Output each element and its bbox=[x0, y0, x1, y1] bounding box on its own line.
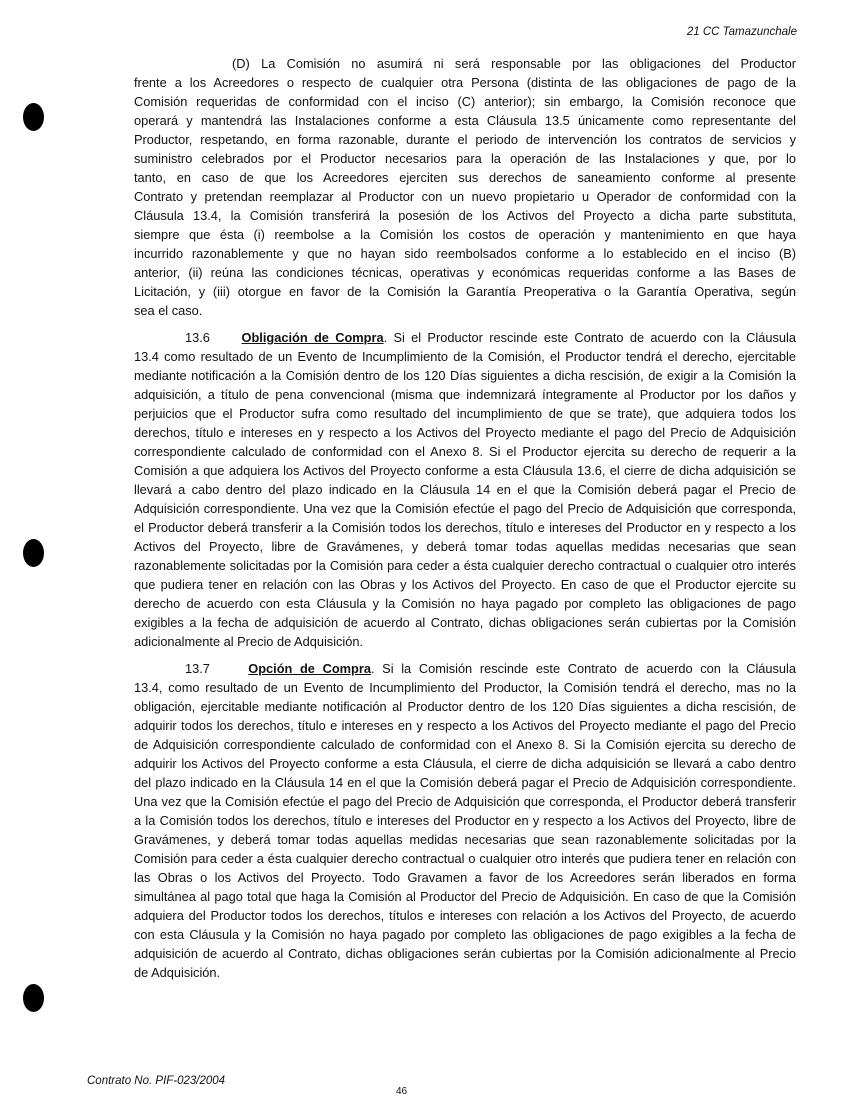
section-number: 13.6 bbox=[185, 330, 210, 345]
section-title: Opción de Compra bbox=[248, 661, 371, 676]
text-span: . Si la Comisión rescinde este Contrato … bbox=[371, 661, 796, 676]
text-line: que pudiera tener en relación con las Ob… bbox=[134, 575, 796, 594]
text-line: 13.4 como resultado de un Evento de Incu… bbox=[134, 347, 796, 366]
text-span: . Si el Productor rescinde este Contrato… bbox=[384, 330, 796, 345]
text-line: Comisión para ceder a ésta cualquier der… bbox=[134, 849, 796, 868]
punch-hole-middle bbox=[23, 539, 44, 567]
text-line: del plazo indicado en la Cláusula 14 en … bbox=[134, 773, 796, 792]
header-reference: 21 CC Tamazunchale bbox=[687, 26, 797, 38]
text-line: (D) La Comisión no asumirá ni será respo… bbox=[232, 54, 796, 73]
text-line: adquisición, a título de pena convencion… bbox=[134, 385, 796, 404]
text-line: de Adquisición correspondiente calculado… bbox=[134, 735, 796, 754]
text-line: las Obras o los Activos del Proyecto. To… bbox=[134, 868, 796, 887]
text-line: de Adquisición. bbox=[134, 963, 796, 982]
text-line: perjuicios que el Productor sufra como r… bbox=[134, 404, 796, 423]
text-line: adquirir todos los derechos, título e in… bbox=[134, 716, 796, 735]
text-line: Licitación, y (iii) otorgue en favor de … bbox=[134, 282, 796, 301]
section-title: Obligación de Compra bbox=[242, 330, 384, 345]
section-heading-line: 13.6 Obligación de Compra. Si el Product… bbox=[185, 328, 796, 347]
text-line: Adquisición correspondiente. Una vez que… bbox=[134, 499, 796, 518]
text-line: anterior, (ii) reúna las condiciones téc… bbox=[134, 263, 796, 282]
text-line: Contrato y pretendan reemplazar al Produ… bbox=[134, 187, 796, 206]
section-number: 13.7 bbox=[185, 661, 210, 676]
text-line: razonablemente solicitadas por la Comisi… bbox=[134, 556, 796, 575]
text-line: a la Comisión todos los derechos, título… bbox=[134, 811, 796, 830]
text-line: llevará a cabo dentro del plazo indicado… bbox=[134, 480, 796, 499]
text-line: obligación, ejercitable mediante notific… bbox=[134, 697, 796, 716]
text-line: exigibles a la fecha de adquisición de a… bbox=[134, 613, 796, 632]
text-line: con esta Cláusula y la Comisión no haya … bbox=[134, 925, 796, 944]
text-line: mediante notificación a la Comisión dent… bbox=[134, 366, 796, 385]
text-line: adquisición de acuerdo al Contrato, dich… bbox=[134, 944, 796, 963]
section-heading-line: 13.7 Opción de Compra. Si la Comisión re… bbox=[185, 659, 796, 678]
text-line: tanto, en caso de que los Acreedores eje… bbox=[134, 168, 796, 187]
text-line: operará y mantendrá las Instalaciones co… bbox=[134, 111, 796, 130]
text-line: derechos, título e intereses en y respec… bbox=[134, 423, 796, 442]
text-line: adquiera del Productor todos los derecho… bbox=[134, 906, 796, 925]
text-line: el Productor deberá transferir a la Comi… bbox=[134, 518, 796, 537]
text-line: Productor, respetando, en forma razonabl… bbox=[134, 130, 796, 149]
punch-hole-top bbox=[23, 103, 44, 131]
page-number: 46 bbox=[396, 1086, 407, 1097]
text-line: sea el caso. bbox=[134, 301, 796, 320]
text-line: Comisión a que adquiera los Activos del … bbox=[134, 461, 796, 480]
text-line: Cláusula 13.4, la Comisión transferirá l… bbox=[134, 206, 796, 225]
text-line: incurrido razonablemente y que no hayan … bbox=[134, 244, 796, 263]
footer-contract-number: Contrato No. PIF-023/2004 bbox=[87, 1075, 225, 1087]
text-line: Activos del Proyecto, libre de Gravámene… bbox=[134, 537, 796, 556]
text-line: Gravámenes, y deberá tomar todas aquella… bbox=[134, 830, 796, 849]
text-line: adicionalmente al Precio de Adquisición. bbox=[134, 632, 796, 651]
text-line: Comisión requeridas de conformidad con e… bbox=[134, 92, 796, 111]
punch-hole-bottom bbox=[23, 984, 44, 1012]
text-line: Una vez que la Comisión efectúe el pago … bbox=[134, 792, 796, 811]
text-line: siempre que ésta (i) reembolse a la Comi… bbox=[134, 225, 796, 244]
text-line: 13.4, como resultado de un Evento de Inc… bbox=[134, 678, 796, 697]
text-line: suministro celebrados por el Productor n… bbox=[134, 149, 796, 168]
text-line: frente a los Acreedores o respecto de cu… bbox=[134, 73, 796, 92]
text-line: simultánea al pago total que haga la Com… bbox=[134, 887, 796, 906]
text-line: derecho de acuerdo con esta Cláusula y l… bbox=[134, 594, 796, 613]
text-line: adquirir los Activos del Proyecto confor… bbox=[134, 754, 796, 773]
text-line: correspondiente calculado de conformidad… bbox=[134, 442, 796, 461]
